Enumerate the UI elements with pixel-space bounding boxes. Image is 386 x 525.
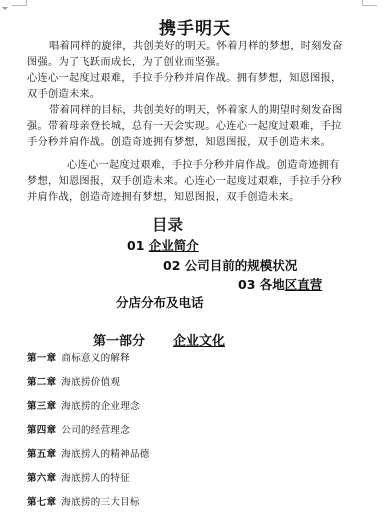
paragraph-line: 唱着同样的旋律，共创美好的明天。怀着月样的梦想，时刻发奋 (27, 39, 363, 55)
chapter-title: 海底捞的三大目标 (61, 497, 139, 508)
paragraph-line: 图强。为了飞跃而成长，为了创业而坚强。 (27, 55, 363, 71)
toc-item-continuation[interactable]: 分店分布及电话 (116, 293, 204, 311)
chapter-item[interactable]: 第六章海底捞人的特征 (27, 470, 130, 484)
paragraph-line: 强。带着母亲登长城，总有一天会实现。心连心一起度过艰难，手拉 (27, 119, 363, 135)
toc-item-03[interactable]: 03 各地区直营 (238, 275, 322, 293)
paragraph-line: 双手创造未来。 (27, 87, 363, 103)
chapter-item[interactable]: 第二章海底捞价值观 (27, 374, 120, 388)
chapter-item[interactable]: 第七章海底捞的三大目标 (27, 494, 140, 508)
page-corner-mark-top-left (12, 0, 27, 6)
toc-item-label: 企业简介 (149, 238, 199, 253)
document-title: 携手明天 (27, 14, 363, 39)
paragraph-3: 心连心一起度过艰难，手拉手分秒并肩作战。创造奇迹拥有 梦想，知恩图报，双手创造未… (27, 158, 363, 206)
paragraph-line: 带着同样的目标，共创美好的明天，怀着家人的期望时刻发奋图 (27, 103, 363, 119)
chapter-item[interactable]: 第五章海底捞人的精神品德 (27, 446, 150, 460)
chapter-number: 第三章 (27, 401, 56, 412)
paragraph-1: 唱着同样的旋律，共创美好的明天。怀着月样的梦想，时刻发奋 图强。为了飞跃而成长，… (27, 39, 363, 103)
chapter-title: 商标意义的解释 (61, 353, 130, 364)
toc-item-label: 公司目前的规模状况 (185, 258, 298, 273)
chapter-number: 第六章 (27, 473, 56, 484)
chapter-item[interactable]: 第四章公司的经营理念 (27, 422, 130, 436)
paragraph-line: 手分秒并肩作战。创造奇迹拥有梦想，知恩图报，双手创造未来。 (27, 135, 363, 151)
paragraph-2: 带着同样的目标，共创美好的明天，怀着家人的期望时刻发奋图 强。带着母亲登长城，总… (27, 103, 363, 151)
chapter-title: 海底捞人的特征 (61, 473, 130, 484)
chapter-title: 海底捞人的精神品德 (61, 449, 149, 460)
toc-item-01[interactable]: 01 企业简介 (127, 236, 199, 254)
chapter-item[interactable]: 第一章商标意义的解释 (27, 350, 130, 364)
toc-item-number: 03 (238, 277, 255, 292)
toc-item-number: 01 (127, 238, 144, 253)
part-heading: 第一部分企业文化 (93, 330, 225, 349)
paragraph-line: 心连心一起度过艰难，手拉手分秒并肩作战。创造奇迹拥有 (27, 158, 363, 174)
paragraph-line: 心连心一起度过艰难，手拉手分秒并肩作战。拥有梦想，知恩图报， (27, 71, 363, 87)
page-corner-mark-top-right (362, 0, 377, 6)
toc-item-label-underlined: 区直营 (285, 277, 323, 292)
chapter-number: 第二章 (27, 377, 56, 388)
chapter-number: 第七章 (27, 497, 56, 508)
tab-stop-marker-icon (2, 7, 8, 10)
toc-item-02[interactable]: 02 公司目前的规模状况 (163, 256, 297, 274)
chapter-item[interactable]: 第三章海底捞的企业理念 (27, 398, 140, 412)
chapter-number: 第五章 (27, 449, 56, 460)
paragraph-line: 梦想，知恩图报，双手创造未来。心连心一起度过艰难，手拉手分秒 (27, 174, 363, 190)
part-name: 企业文化 (173, 334, 225, 349)
chapter-title: 海底捞价值观 (61, 377, 120, 388)
chapter-title: 公司的经营理念 (61, 425, 130, 436)
part-label: 第一部分 (93, 334, 145, 349)
toc-item-label: 各地 (260, 277, 285, 292)
toc-title: 目录 (152, 213, 183, 235)
paragraph-line: 并肩作战，创造奇迹拥有梦想，知恩图报，双手创造未来。 (27, 190, 363, 206)
chapter-title: 海底捞的企业理念 (61, 401, 139, 412)
chapter-number: 第一章 (27, 353, 56, 364)
chapter-number: 第四章 (27, 425, 56, 436)
toc-item-number: 02 (163, 258, 180, 273)
